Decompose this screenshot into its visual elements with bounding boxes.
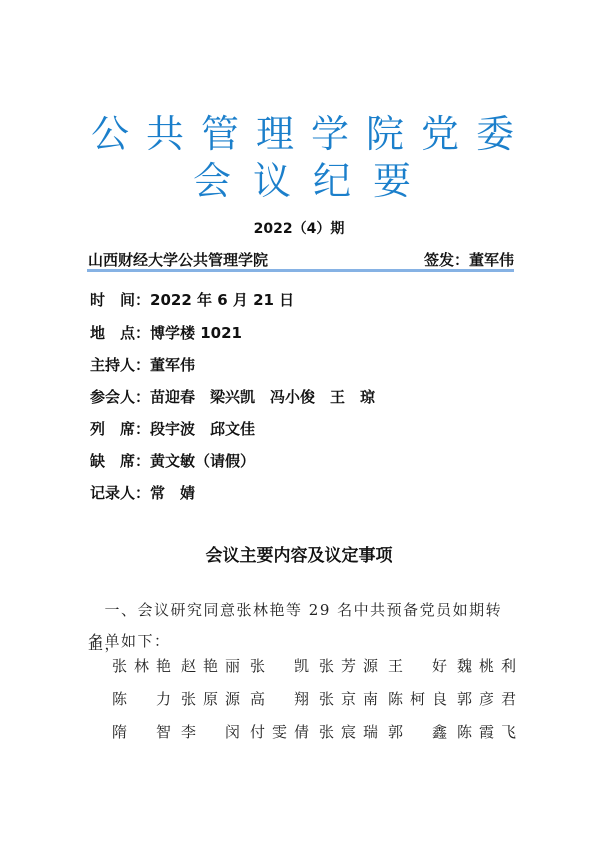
meta-time: 时 间：2022 年 6 月 21 日 [90,289,294,310]
meta-label: 记录人： [90,484,150,502]
member-name: 李闵 [181,721,241,754]
member-name: 张芳源 [319,655,379,688]
member-name: 张宸瑞 [319,721,379,754]
name-row: 隋智 李闵 付雯倩 张宸瑞 郭鑫 陈霞飞 [112,721,517,754]
meta-label: 地 点： [90,324,150,342]
meta-value: 常 婧 [150,484,195,502]
meta-location: 地 点：博学楼 1021 [90,322,242,343]
name-row: 陈力 张原源 高翔 张京南 陈柯良 郭彦君 [112,688,517,721]
meta-label: 时 间： [90,291,150,309]
signer: 签发：董军伟 [424,249,514,270]
paragraph-line2: 名单如下： [88,624,518,658]
meta-attendees: 参会人：苗迎春 梁兴凯 冯小俊 王 琼 [90,386,375,407]
meta-recorder: 记录人：常 婧 [90,482,195,503]
meta-label: 参会人： [90,388,150,406]
member-name: 张京南 [319,688,379,721]
member-name: 陈柯良 [388,688,448,721]
member-name: 张原源 [181,688,241,721]
member-name: 陈力 [112,688,172,721]
member-name: 隋智 [112,721,172,754]
member-name: 付雯倩 [250,721,310,754]
member-name: 王好 [388,655,448,688]
meta-label: 主持人： [90,356,150,374]
meta-label: 列 席： [90,420,150,438]
meta-label: 缺 席： [90,452,150,470]
member-name: 郭鑫 [388,721,448,754]
meta-value: 段宇波 邱文佳 [150,420,255,438]
name-row: 张林艳 赵艳丽 张凯 张芳源 王好 魏桃利 [112,655,517,688]
member-name: 郭彦君 [457,688,517,721]
member-name: 张凯 [250,655,310,688]
meta-value: 博学楼 1021 [150,324,242,342]
document-title-line2: 会议纪要 [0,150,598,205]
member-name: 高翔 [250,688,310,721]
member-name: 陈霞飞 [457,721,517,754]
meta-host: 主持人：董军伟 [90,354,195,375]
issue-number: 2022（4）期 [0,218,598,238]
member-name: 张林艳 [112,655,172,688]
document-header-row: 山西财经大学公共管理学院 签发：董军伟 [88,249,514,270]
meta-value: 董军伟 [150,356,195,374]
meta-value: 2022 年 6 月 21 日 [150,291,294,309]
meta-absent: 缺 席：黄文敏（请假） [90,450,255,471]
section-heading: 会议主要内容及议定事项 [0,541,598,566]
meta-observers: 列 席：段宇波 邱文佳 [90,418,255,439]
meta-value: 苗迎春 梁兴凯 冯小俊 王 琼 [150,388,375,406]
member-name: 赵艳丽 [181,655,241,688]
header-divider [87,269,514,272]
member-name: 魏桃利 [457,655,517,688]
organization-name: 山西财经大学公共管理学院 [88,249,268,270]
meta-value: 黄文敏（请假） [150,452,255,470]
member-name-list: 张林艳 赵艳丽 张凯 张芳源 王好 魏桃利 陈力 张原源 高翔 张京南 陈柯良 … [112,655,517,754]
